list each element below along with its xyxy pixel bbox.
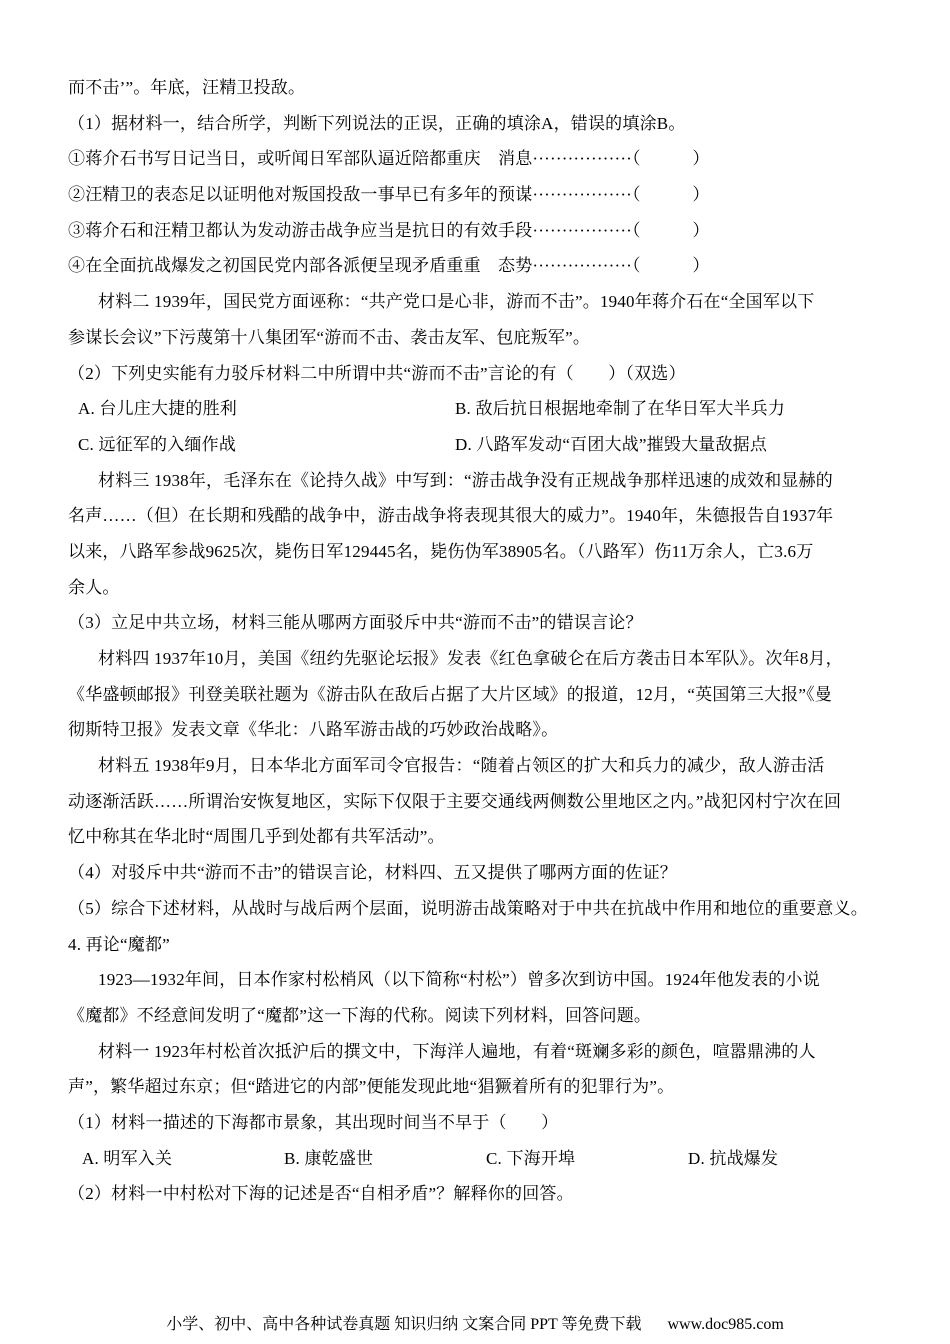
option-item: B. 康乾盛世: [284, 1141, 486, 1177]
document-page: 而不击’”。年底，汪精卫投敌。（1）据材料一，结合所学，判断下列说法的正误，正确…: [0, 0, 950, 1344]
truefalse-item: ④在全面抗战爆发之初国民党内部各派便呈现矛盾重重 态势·············…: [68, 248, 875, 284]
option-item: A. 明军入关: [82, 1141, 284, 1177]
material-line: 参谋长会议”下污蔑第十八集团军“游而不击、袭击友军、包庇叛军”。: [68, 320, 875, 356]
question-stem: （5）综合下述材料，从战时与战后两个层面，说明游击战策略对于中共在抗战中作用和地…: [68, 891, 875, 927]
material-line: 声”，繁华超过东京；但“踏进它的内部”便能发现此地“猖獗着所有的犯罪行为”。: [68, 1069, 875, 1105]
option-item: A. 台儿庄大捷的胜利: [78, 391, 455, 427]
material-line: 材料三 1938年，毛泽东在《论持久战》中写到：“游击战争没有正规战争那样迅速的…: [68, 463, 875, 499]
option-row: A. 明军入关B. 康乾盛世C. 下海开埠D. 抗战爆发: [68, 1141, 875, 1177]
material-line: 材料二 1939年，国民党方面诬称：“共产党口是心非，游而不击”。1940年蒋介…: [68, 284, 875, 320]
option-item: C. 下海开埠: [486, 1141, 688, 1177]
question-stem: （2）下列史实能有力驳斥材料二中所谓中共“游而不击”言论的有（ ）（双选）: [68, 356, 875, 392]
document-body: 而不击’”。年底，汪精卫投敌。（1）据材料一，结合所学，判断下列说法的正误，正确…: [68, 70, 875, 1212]
paragraph-line: 1923—1932年间，日本作家村松梢风（以下简称“村松”）曾多次到访中国。19…: [68, 962, 875, 998]
material-line: 材料一 1923年村松首次抵沪后的撰文中，下海洋人遍地，有着“斑斓多彩的颜色，喧…: [68, 1034, 875, 1070]
option-row: C. 远征军的入缅作战D. 八路军发动“百团大战”摧毁大量敌据点: [68, 427, 875, 463]
paragraph-line: 《魔都》不经意间发明了“魔都”这一下海的代称。阅读下列材料，回答问题。: [68, 998, 875, 1034]
option-item: D. 抗战爆发: [688, 1141, 875, 1177]
material-line: 余人。: [68, 570, 875, 606]
option-item: D. 八路军发动“百团大战”摧毁大量敌据点: [455, 427, 875, 463]
question-stem: （1）材料一描述的下海都市景象，其出现时间当不早于（ ）: [68, 1105, 875, 1141]
option-item: C. 远征军的入缅作战: [78, 427, 455, 463]
footer-promo-text: 小学、初中、高中各种试卷真题 知识归纳 文案合同 PPT 等免费下载: [166, 1316, 641, 1333]
question-stem: （2）材料一中村松对下海的记述是否“自相矛盾”？解释你的回答。: [68, 1176, 875, 1212]
material-line: 彻斯特卫报》发表文章《华北：八路军游击战的巧妙政治战略》。: [68, 712, 875, 748]
material-line: 以来，八路军参战9625次，毙伤日军129445名，毙伤伪军38905名。（八路…: [68, 534, 875, 570]
truefalse-item: ③蒋介石和汪精卫都认为发动游击战争应当是抗日的有效手段·············…: [68, 213, 875, 249]
option-row: A. 台儿庄大捷的胜利B. 敌后抗日根据地牵制了在华日军大半兵力: [68, 391, 875, 427]
material-line: 材料四 1937年10月，美国《纽约先驱论坛报》发表《红色拿破仑在后方袭击日本军…: [68, 641, 875, 677]
page-footer: 小学、初中、高中各种试卷真题 知识归纳 文案合同 PPT 等免费下载www.do…: [0, 1314, 950, 1336]
material-line: 忆中称其在华北时“周围几乎到处都有共军活动”。: [68, 819, 875, 855]
paragraph-line: 而不击’”。年底，汪精卫投敌。: [68, 70, 875, 106]
question-stem: （4）对驳斥中共“游而不击”的错误言论，材料四、五又提供了哪两方面的佐证？: [68, 855, 875, 891]
material-line: 动逐渐活跃……所谓治安恢复地区，实际下仅限于主要交通线两侧数公里地区之内。”战犯…: [68, 784, 875, 820]
truefalse-item: ②汪精卫的表态足以证明他对叛国投敌一事早已有多年的预谋·············…: [68, 177, 875, 213]
question-stem: （3）立足中共立场，材料三能从哪两方面驳斥中共“游而不击”的错误言论？: [68, 605, 875, 641]
material-line: 材料五 1938年9月，日本华北方面军司令官报告：“随着占领区的扩大和兵力的减少…: [68, 748, 875, 784]
truefalse-item: ①蒋介石书写日记当日，或听闻日军部队逼近陪都重庆 消息·············…: [68, 141, 875, 177]
question-stem: （1）据材料一，结合所学，判断下列说法的正误，正确的填涂A，错误的填涂B。: [68, 106, 875, 142]
footer-site-url[interactable]: www.doc985.com: [668, 1316, 784, 1333]
section-title: 4. 再论“魔都”: [68, 927, 875, 963]
material-line: 《华盛顿邮报》刊登美联社题为《游击队在敌后占据了大片区域》的报道，12月，“英国…: [68, 677, 875, 713]
material-line: 名声……（但）在长期和残酷的战争中，游击战争将表现其很大的威力”。1940年，朱…: [68, 498, 875, 534]
option-item: B. 敌后抗日根据地牵制了在华日军大半兵力: [455, 391, 875, 427]
